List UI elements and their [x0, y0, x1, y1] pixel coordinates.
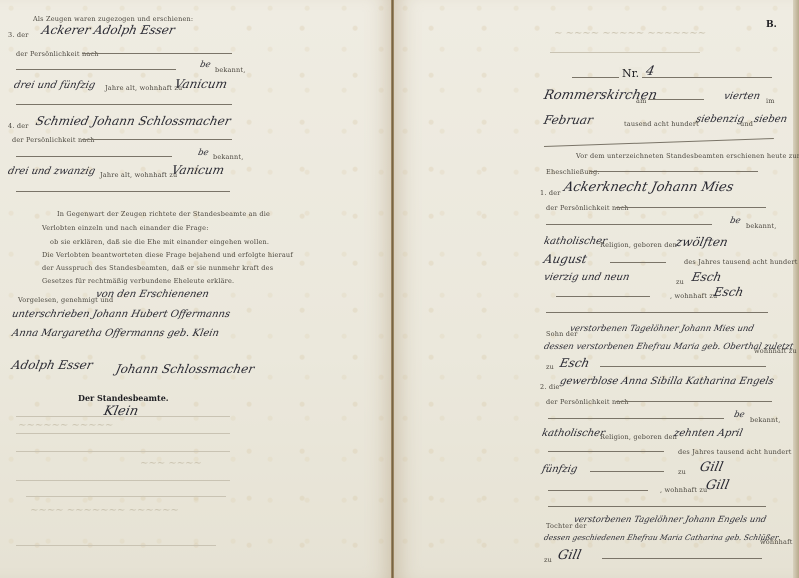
witness-4-age: drei und zwanzig — [7, 166, 96, 177]
year-label-1: tausend acht hundert — [624, 120, 699, 128]
witness-4-known-hw: be — [197, 148, 210, 158]
groom-name: Ackerknecht Johann Mies — [562, 180, 734, 195]
declaration-line-6: Gesetzes für rechtmäßig verbundene Ehele… — [42, 277, 234, 285]
witness-4-identity-label: der Persönlichkeit nach — [12, 136, 95, 144]
witness-4-name: Schmied Johann Schlossmacher — [35, 114, 233, 128]
groom-birthplace: Esch — [691, 270, 723, 284]
year-hw-2: sieben — [753, 114, 788, 125]
declaration-line-1: In Gegenwart der Zeugen richtete der Sta… — [57, 210, 270, 218]
witness-3-age: drei und fünfzig — [13, 80, 96, 91]
day: vierten — [723, 91, 761, 102]
intro-line: Vor dem unterzeichneten Standesbeamten e… — [576, 152, 799, 160]
signoff-hw-2: unterschrieben Johann Hubert Offermanns — [11, 309, 231, 320]
bleed-through: ~ ~~~~ ~~~~~ ~~~~~~~ — [553, 28, 707, 39]
section-letter: B. — [766, 20, 777, 30]
witness-4-known-label: bekannt, — [213, 153, 243, 161]
bride-year-label: des Jahres tausend acht hundert — [678, 448, 792, 456]
groom-birth-day: zwölften — [675, 235, 730, 249]
bride-birthplace: Gill — [698, 460, 724, 475]
left-page: Als Zeugen waren zugezogen und erschiene… — [0, 0, 392, 578]
signature-johann-schlossmacher: Johann Schlossmacher — [115, 362, 256, 376]
declaration-line-4: Die Verlobten beantworteten diese Frage … — [42, 251, 293, 259]
register-spread: Als Zeugen waren zugezogen und erschiene… — [0, 0, 799, 578]
groom-parents-residence-label: wohnhaft zu — [754, 347, 797, 355]
bride-residence-label: , wohnhaft zu — [660, 486, 707, 494]
bride-parents-residence: Gill — [556, 548, 582, 563]
groom-religion-label: Religion, geboren den — [600, 241, 677, 249]
bleed-through: ~~~~ ~~~~~~~ ~~~~~~ — [29, 505, 180, 516]
bride-birthplace-label: zu — [678, 468, 686, 476]
bride-birth-year: fünfzig — [541, 464, 578, 475]
groom-identity-label: der Persönlichkeit nach — [546, 204, 629, 212]
page-edge — [793, 0, 799, 578]
bride-known-hw: be — [733, 410, 746, 420]
witness-3-known-hw: be — [199, 60, 212, 70]
bride-residence: Gill — [704, 478, 730, 493]
bleed-through: ~~~~~~ ~~~~~ — [17, 420, 115, 431]
declaration-line-3: ob sie erklären, daß sie die Ehe mit ein… — [50, 238, 269, 246]
bride-parents-1: verstorbenen Tagelöhner Johann Engels un… — [573, 515, 767, 525]
bride-name: gewerblose Anna Sibilla Katharina Engels — [559, 376, 775, 387]
bleed-through: ~~~ ~~~~ — [139, 458, 203, 469]
declaration-line-5: der Ausspruch des Standesbeamten, daß er… — [42, 264, 273, 272]
groom-known-label: bekannt, — [746, 222, 776, 230]
intro-line-2: Eheschließung: — [546, 168, 600, 176]
witness-intro: Als Zeugen waren zugezogen und erschiene… — [33, 15, 193, 23]
bride-religion: katholischer — [541, 428, 606, 439]
signature-adolph-esser: Adolph Esser — [11, 358, 95, 372]
month: Februar — [543, 113, 595, 127]
witness-3-identity-label: der Persönlichkeit nach — [16, 50, 99, 58]
groom-religion: katholischer — [543, 236, 608, 247]
witness-4-age-label: Jahre alt, wohnhaft zu — [100, 171, 177, 179]
signoff-hw-1: von den Erschienenen — [95, 289, 210, 300]
bride-parents-2: dessen geschiedenen Ehefrau Maria Cathar… — [543, 533, 779, 542]
right-page: B. Nr. 4 Rommerskirchen am vierten im Fe… — [394, 0, 799, 578]
witness-3-known-label: bekannt, — [215, 66, 245, 74]
groom-prefix: 1. der — [540, 189, 561, 197]
groom-year-label: des Jahres tausend acht hundert — [684, 258, 798, 266]
witness-3-residence: Vanicum — [174, 77, 229, 91]
bride-parents-residence-label: wohnhaft — [760, 538, 793, 546]
groom-parents-1: verstorbenen Tagelöhner Johann Mies und — [569, 324, 755, 334]
signoff-hw-3: Anna Margaretha Offermanns geb. Klein — [11, 328, 220, 339]
bride-identity-label: der Persönlichkeit nach — [546, 398, 629, 406]
witness-4-prefix: 4. der — [8, 122, 29, 130]
groom-birth-month: August — [543, 252, 589, 266]
bride-birth-day: zehnten April — [673, 428, 744, 439]
witness-3-name: Ackerer Adolph Esser — [41, 23, 177, 37]
groom-residence: Esch — [713, 285, 745, 299]
entry-number-label: Nr. — [619, 67, 642, 80]
bride-parents-residence-prefix: zu — [544, 556, 552, 564]
day-suffix: im — [766, 97, 775, 105]
bride-prefix: 2. die — [540, 383, 560, 391]
bleed-through: ~~ ~~~ — [593, 90, 640, 101]
year-label-2: und — [740, 120, 753, 128]
zu-label: zu — [546, 363, 554, 371]
groom-known-hw: be — [729, 216, 742, 226]
registrar-heading: Der Standesbeamte. — [78, 393, 169, 403]
groom-birthplace-label: zu — [676, 278, 684, 286]
groom-birth-year: vierzig und neun — [543, 272, 631, 283]
groom-parents-residence: Esch — [559, 356, 591, 370]
declaration-line-2: Verlobten einzeln und nach einander die … — [42, 224, 209, 232]
year-hw-1: siebenzig — [695, 114, 745, 125]
groom-residence-label: , wohnhaft zu — [670, 292, 717, 300]
witness-3-age-label: Jahre alt, wohnhaft zu — [105, 84, 182, 92]
bride-religion-label: Religion, geboren den — [600, 433, 677, 441]
witness-3-prefix: 3. der — [8, 31, 29, 39]
witness-4-residence: Vanicum — [171, 163, 226, 177]
bride-known-label: bekannt, — [750, 416, 780, 424]
